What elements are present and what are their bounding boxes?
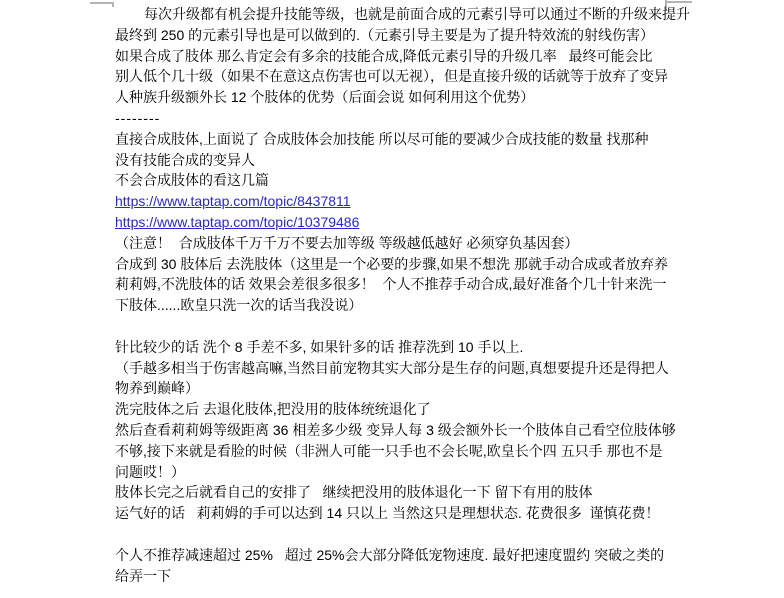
link-line: https://www.taptap.com/topic/8437811	[115, 191, 715, 212]
paragraph-line: 如果合成了肢体 那么肯定会有多余的技能合成,降低元素引导的升级几率 最终可能会比	[115, 46, 715, 67]
paragraph-line: （注意！ 合成肢体千万千万不要去加等级 等级越低越好 必须穿负基因套）	[115, 233, 715, 254]
paragraph-line: 针比较少的话 洗个 8 手差不多, 如果针多的话 推荐洗到 10 手以上.	[115, 337, 715, 358]
paragraph-line: 然后查看莉莉姆等级距离 36 相差多少级 变异人每 3 级会额外长一个肢体自己看…	[115, 420, 715, 441]
document-page: 每次升级都有机会提升技能等级，也就是前面合成的元素引导可以通过不断的升级来提升最…	[0, 0, 784, 598]
taptap-link[interactable]: https://www.taptap.com/topic/8437811	[115, 193, 351, 209]
separator-dashes: --------	[115, 108, 715, 129]
paragraph-line: 直接合成肢体,上面说了 合成肢体会加技能 所以尽可能的要减少合成技能的数量 找那…	[115, 129, 715, 150]
paragraph-line: 合成到 30 肢体后 去洗肢体（这里是一个必要的步骤,如果不想洗 那就手动合成或…	[115, 254, 715, 275]
paragraph-line: 下肢体......欧皇只洗一次的话当我没说）	[115, 295, 715, 316]
paragraph-line: 给弄一下	[115, 566, 715, 587]
document-body: 每次升级都有机会提升技能等级，也就是前面合成的元素引导可以通过不断的升级来提升最…	[115, 4, 715, 586]
paragraph-line: 问题哎！）	[115, 462, 715, 483]
blank-line	[115, 316, 715, 337]
paragraph-line: 不会合成肢体的看这几篇	[115, 170, 715, 191]
paragraph-line: （手越多相当于伤害越高嘛,当然目前宠物其实大部分是生存的问题,真想要提升还是得把…	[115, 358, 715, 379]
paragraph-line: 莉莉姆,不洗肢体的话 效果会差很多很多！ 个人不推荐手动合成,最好准备个几十针来…	[115, 274, 715, 295]
paragraph-line: 没有技能合成的变异人	[115, 150, 715, 171]
paragraph-line: 个人不推荐减速超过 25% 超过 25%会大部分降低宠物速度. 最好把速度盟约 …	[115, 545, 715, 566]
paragraph-line: 每次升级都有机会提升技能等级，也就是前面合成的元素引导可以通过不断的升级来提升	[115, 4, 715, 25]
taptap-link[interactable]: https://www.taptap.com/topic/10379486	[115, 214, 359, 230]
paragraph-line: 肢体长完之后就看自己的安排了 继续把没用的肢体退化一下 留下有用的肢体	[115, 482, 715, 503]
link-line: https://www.taptap.com/topic/10379486	[115, 212, 715, 233]
page-margin-mark-left-horizontal	[90, 2, 114, 4]
paragraph-line: 物养到巅峰）	[115, 378, 715, 399]
paragraph-line: 别人低个几十级（如果不在意这点伤害也可以无视），但是直接升级的话就等于放弃了变异	[115, 66, 715, 87]
paragraph-line: 运气好的话 莉莉姆的手可以达到 14 只以上 当然这只是理想状态. 花费很多 谨…	[115, 503, 715, 524]
paragraph-line: 不够,接下来就是看脸的时候（非洲人可能一只手也不会长呢,欧皇长个四 五只手 那也…	[115, 441, 715, 462]
paragraph-line: 最终到 250 的元素引导也是可以做到的.（元素引导主要是为了提升特效流的射线伤…	[115, 25, 715, 46]
page-margin-mark-right-horizontal	[667, 1, 692, 3]
paragraph-line: 洗完肢体之后 去退化肢体,把没用的肢体统统退化了	[115, 399, 715, 420]
paragraph-line: 人种族升级额外长 12 个肢体的优势（后面会说 如何利用这个优势）	[115, 87, 715, 108]
page-margin-mark-left-vertical	[112, 2, 114, 7]
blank-line	[115, 524, 715, 545]
